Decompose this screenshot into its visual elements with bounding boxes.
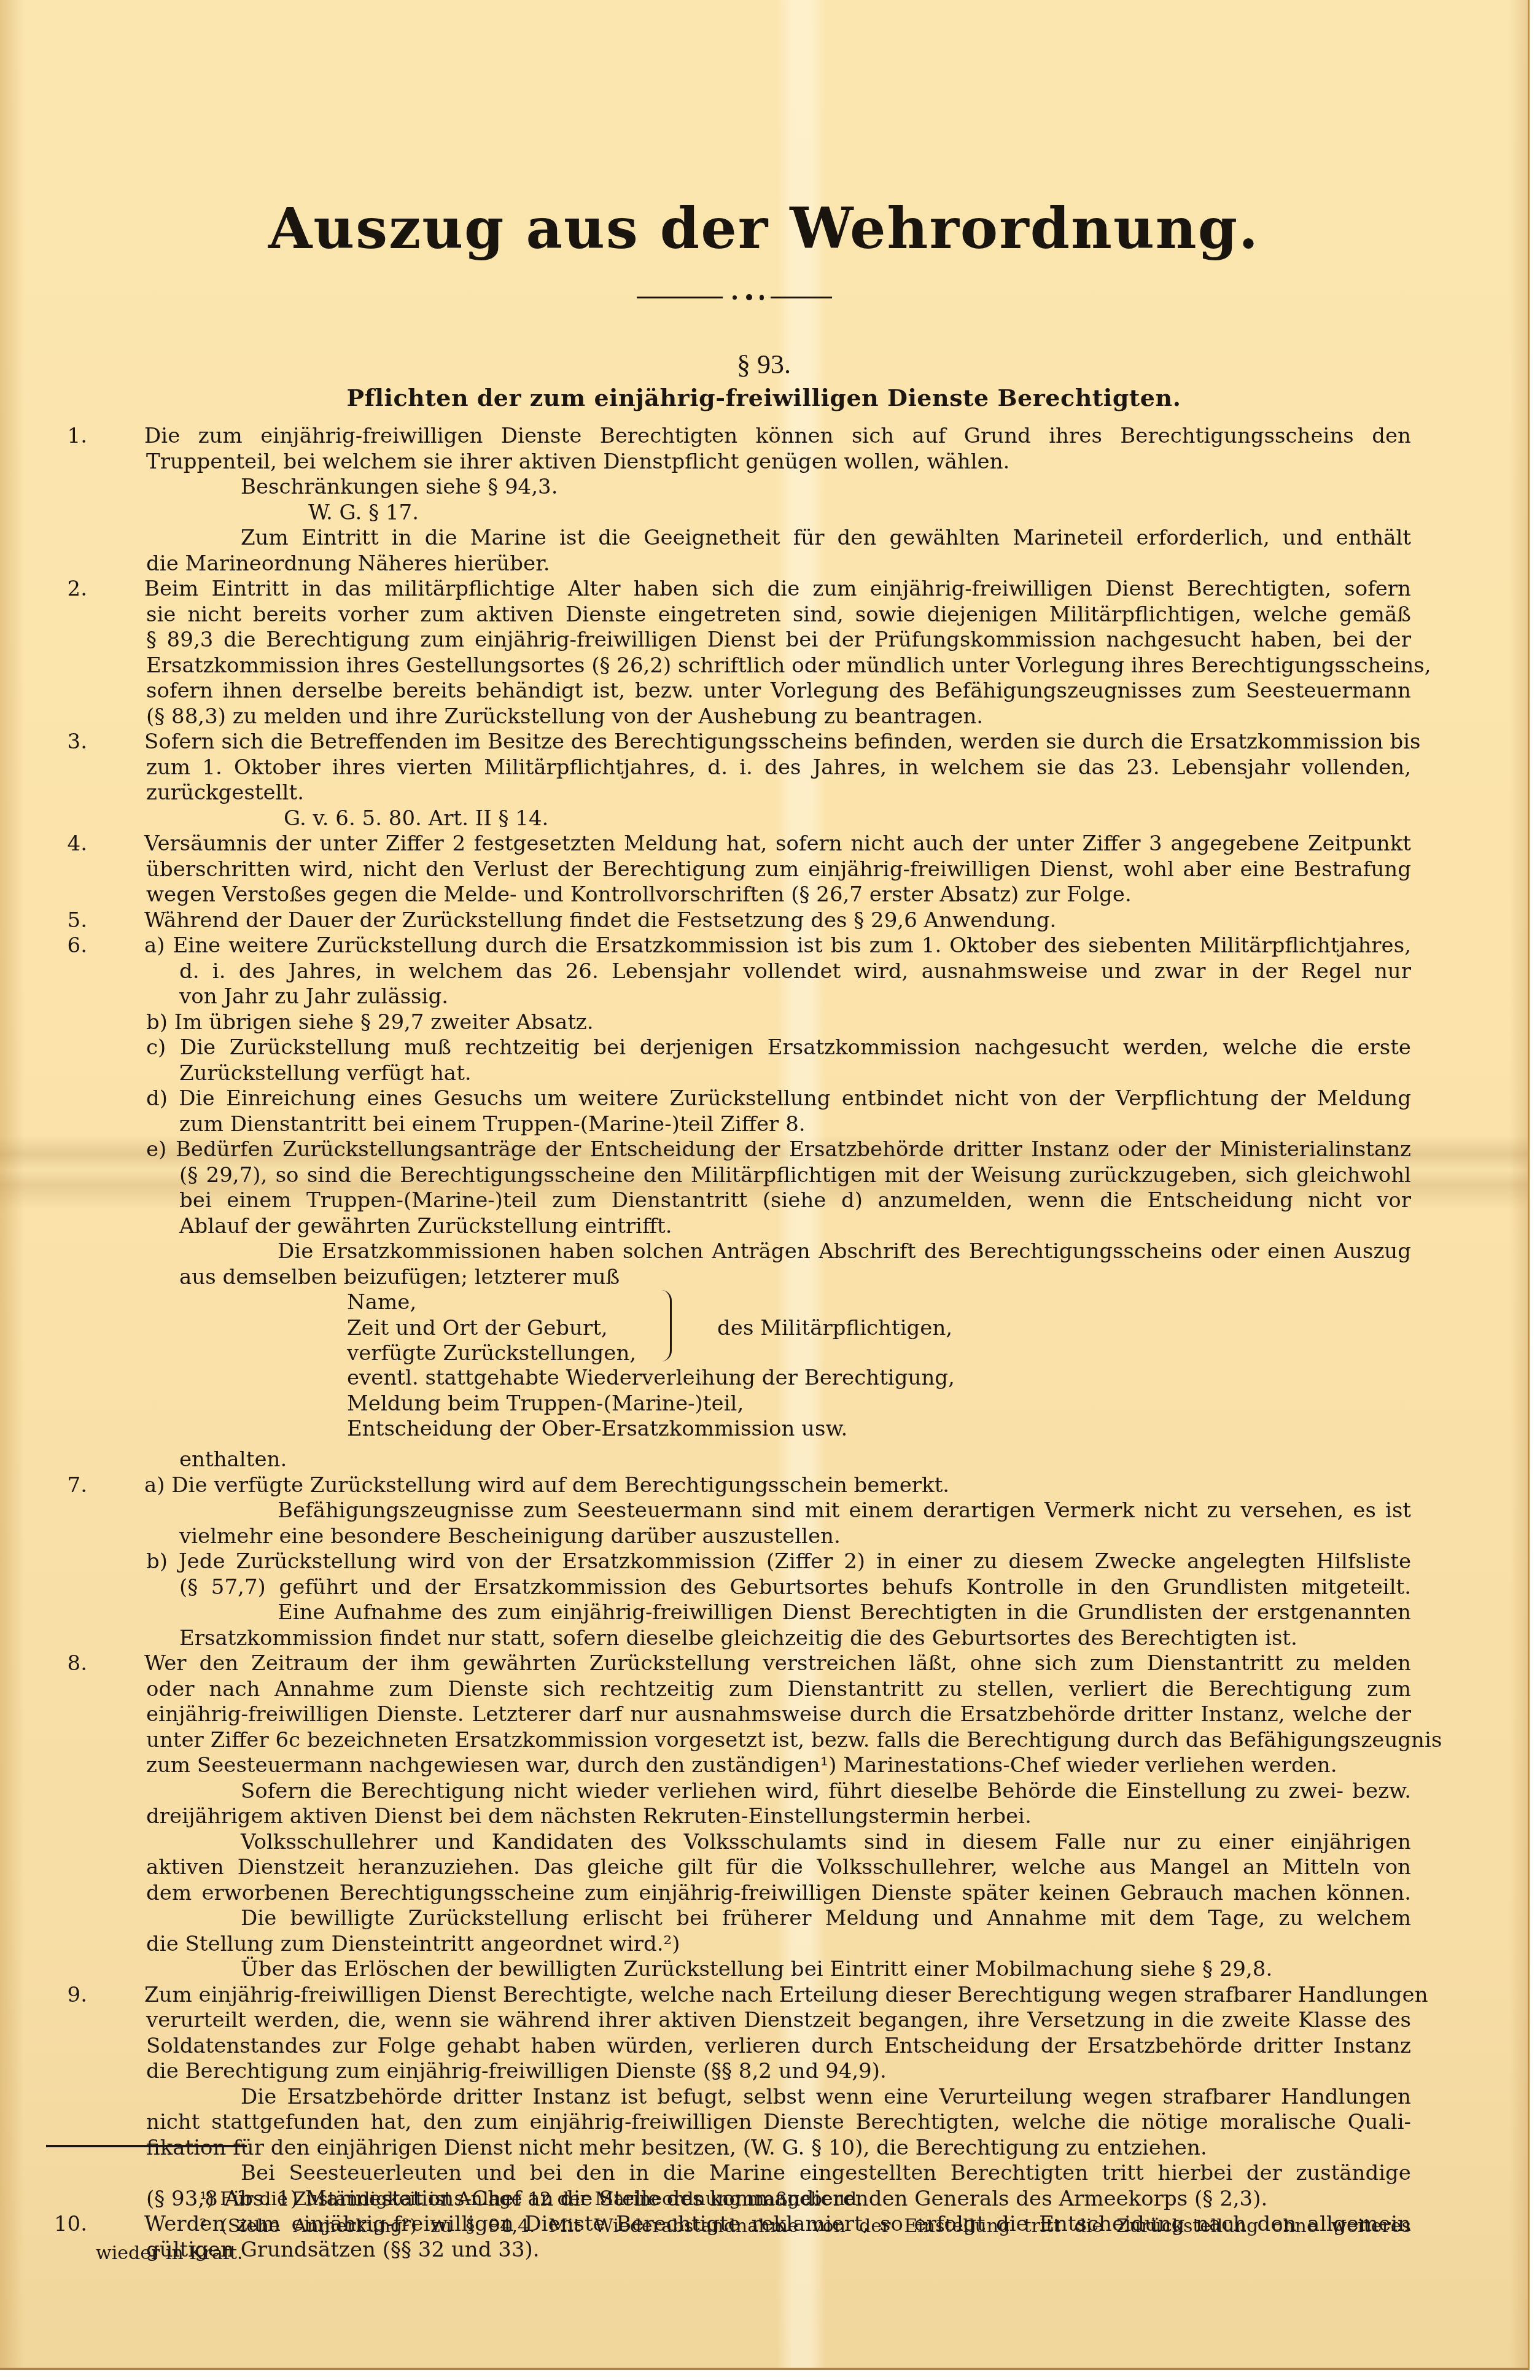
text-line: Die bewilligte Zurückstellung erlischt b… [241,1906,1411,1932]
text-line: zum Seesteuermann nachgewiesen war, durc… [146,1753,1337,1779]
text-line: Zurückstellung verfügt hat. [179,1061,472,1087]
item-number: 1. [38,424,87,449]
text-line: wegen Verstoßes gegen die Melde- und Kon… [146,882,1132,908]
text-line: zum Dienstantritt bei einem Truppen-(Mar… [179,1112,806,1138]
document-title: Auszug aus der Wehrordnung. [0,195,1528,262]
text-line: b) Jede Zurückstellung wird von der Ersa… [146,1549,1411,1575]
text-line: die Stellung zum Diensteintritt angeordn… [146,1932,680,1958]
divider-line-left [637,297,723,298]
list-entry: Meldung beim Truppen-(Marine-)teil, [347,1391,744,1417]
note-line: Beschränkungen siehe § 94,3. [241,475,558,500]
text-line: sie nicht bereits vorher zum aktiven Die… [146,602,1411,628]
item-9: 9.Zum einjährig-freiwilligen Dienst Bere… [0,1983,1528,2212]
text-line: Volksschullehrer und Kandidaten des Volk… [241,1830,1411,1856]
text-line: Zum Eintritt in die Marine ist die Geeig… [241,526,1411,551]
text-line: fikation für den einjährigen Dienst nich… [146,2136,1207,2161]
item-number: 9. [38,1983,87,2009]
text-line: Eine Aufnahme des zum einjährig-freiwill… [278,1600,1411,1626]
footnote-2: ² (Siehe Anmerkung²) zu § 94,4. Mit Wied… [200,2213,1411,2240]
item-3: 3.Sofern sich die Betreffenden im Besitz… [0,729,1528,831]
curly-brace [661,1290,672,1361]
item-5: 5.Während der Dauer der Zurückstellung f… [0,908,1528,934]
text-line: aus demselben beizufügen; letzterer muß [179,1265,620,1291]
item-7: 7.a) Die verfügte Zurückstellung wird au… [0,1473,1528,1652]
section-body: 1.Die zum einjährig-freiwilligen Dienste… [0,424,1528,2263]
text-line: Die zum einjährig-freiwilligen Dienste B… [144,424,1411,449]
item-number: 7. [38,1473,87,1499]
item-number: 8. [38,1651,87,1677]
divider-line-right [771,297,832,298]
text-line: b) Im übrigen siehe § 29,7 zweiter Absat… [146,1010,594,1036]
text-line: verurteilt werden, die, wenn sie während… [146,2008,1411,2034]
footnote-2-continued: wieder in Kraft. [96,2240,243,2267]
text-line: Befähigungszeugnisse zum Seesteuermann s… [278,1498,1411,1524]
text-line: a) Die verfügte Zurückstellung wird auf … [144,1473,949,1499]
footnote-divider [46,2145,247,2147]
text-line: d. i. des Jahres, in welchem das 26. Leb… [179,959,1411,985]
text-line: Ersatzkommission ihres Gestellungsortes … [146,653,1411,679]
text-line: (§ 29,7), so sind die Berechtigungsschei… [179,1163,1411,1189]
text-line: Sofern sich die Betreffenden im Besitze … [144,729,1411,755]
text-line: Sofern die Berechtigung nicht wieder ver… [241,1779,1411,1805]
text-line: zum 1. Oktober ihres vierten Militärpfli… [146,755,1411,781]
item-number: 2. [38,577,87,602]
footnote-1: ¹) Für die Zuständigkeit ist Anlage 12 d… [200,2186,863,2213]
text-line: Zum einjährig-freiwilligen Dienst Berech… [144,1983,1411,2009]
text-line: (§ 88,3) zu melden und ihre Zurückstellu… [146,704,983,730]
text-line: die Marineordnung Näheres hierüber. [146,551,550,577]
text-line: bei einem Truppen-(Marine-)teil zum Dien… [179,1188,1411,1214]
text-line: Versäumnis der unter Ziffer 2 festgesetz… [144,831,1411,857]
text-line: Ersatzkommission findet nur statt, sofer… [179,1626,1297,1652]
item-2: 2.Beim Eintritt in das militärpflichtige… [0,577,1528,729]
text-line: Soldatenstandes zur Folge gehabt haben w… [146,2034,1411,2059]
note-line: G. v. 6. 5. 80. Art. II § 14. [284,806,548,832]
bracket-target: des Militärpflichtigen, [717,1316,952,1342]
list-entry: verfügte Zurückstellungen, [347,1341,636,1367]
list-entry: Entscheidung der Ober-Ersatzkommission u… [347,1417,847,1442]
text-line: von Jahr zu Jahr zulässig. [179,984,448,1010]
text-line: nicht stattgefunden hat, den zum einjähr… [146,2110,1411,2136]
bracketed-list: Name, Zeit und Ort der Geburt,des Militä… [0,1290,1528,1366]
text-line: Ablauf der gewährten Zurückstellung eint… [179,1214,672,1240]
text-line: sofern ihnen derselbe bereits behändigt … [146,679,1411,704]
item-1: 1.Die zum einjährig-freiwilligen Dienste… [0,424,1528,577]
divider-dot-center [746,294,752,300]
text-line: a) Eine weitere Zurückstellung durch die… [144,933,1411,959]
text-line: Bei Seesteuerleuten und bei den in die M… [241,2161,1411,2187]
text-line: Über das Erlöschen der bewilligten Zurüc… [241,1957,1272,1983]
item-number: 5. [38,908,87,934]
text-line: Truppenteil, bei welchem sie ihrer aktiv… [146,449,1009,475]
text-line: Während der Dauer der Zurückstellung fin… [144,908,1056,934]
text-line: oder nach Annahme zum Dienste sich recht… [146,1677,1411,1703]
text-line: unter Ziffer 6c bezeichneten Ersatzkommi… [146,1728,1411,1754]
item-number: 3. [38,729,87,755]
text-line: zurückgestellt. [146,780,304,806]
divider-dot [733,295,737,300]
text-line: (§ 57,7) geführt und der Ersatzkommissio… [179,1575,1411,1601]
text-line: Wer den Zeitraum der ihm gewährten Zurüc… [144,1651,1411,1677]
section-number: § 93. [0,349,1528,380]
item-4: 4.Versäumnis der unter Ziffer 2 festgese… [0,831,1528,908]
text-line: vielmehr eine besondere Bescheinigung da… [179,1524,841,1550]
text-line: dreijährigem aktiven Dienst bei dem näch… [146,1804,1032,1830]
text-line: einjährig-freiwilligen Dienste. Letztere… [146,1702,1411,1728]
list-entry: eventl. stattgehabte Wiederverleihung de… [347,1366,955,1391]
text-line: c) Die Zurückstellung muß rechtzeitig be… [146,1035,1411,1061]
item-number: 6. [38,933,87,959]
item-6: 6.a) Eine weitere Zurückstellung durch d… [0,933,1528,1473]
footnotes: ¹) Für die Zuständigkeit ist Anlage 12 d… [0,2186,1528,2267]
list-entry: Name, [347,1290,416,1316]
text-line: aktiven Dienstzeit heranzuziehen. Das gl… [146,1855,1411,1881]
text-line: e) Bedürfen Zurückstellungsanträge der E… [146,1137,1411,1163]
text-line: Beim Eintritt in das militärpflichtige A… [144,577,1411,602]
text-line: d) Die Einreichung eines Gesuchs um weit… [146,1086,1411,1112]
note-line: W. G. § 17. [308,500,419,526]
list-entry: Zeit und Ort der Geburt, [347,1316,608,1342]
ornamental-divider [637,294,832,300]
divider-dot [760,295,764,300]
item-number: 4. [38,831,87,857]
text-line: Die Ersatzbehörde dritter Instanz ist be… [241,2085,1411,2110]
text-line: überschritten wird, nicht den Verlust de… [146,857,1411,883]
text-line: dem erworbenen Berechtigungsscheine zum … [146,1881,1411,1907]
text-line: die Berechtigung zum einjährig-freiwilli… [146,2059,887,2085]
text-line: enthalten. [179,1447,287,1473]
section-heading: Pflichten der zum einjährig-freiwilligen… [0,384,1528,411]
text-line: Die Ersatzkommissionen haben solchen Ant… [278,1239,1411,1265]
item-8: 8.Wer den Zeitraum der ihm gewährten Zur… [0,1651,1528,1983]
text-line: § 89,3 die Berechtigung zum einjährig-fr… [146,628,1411,653]
